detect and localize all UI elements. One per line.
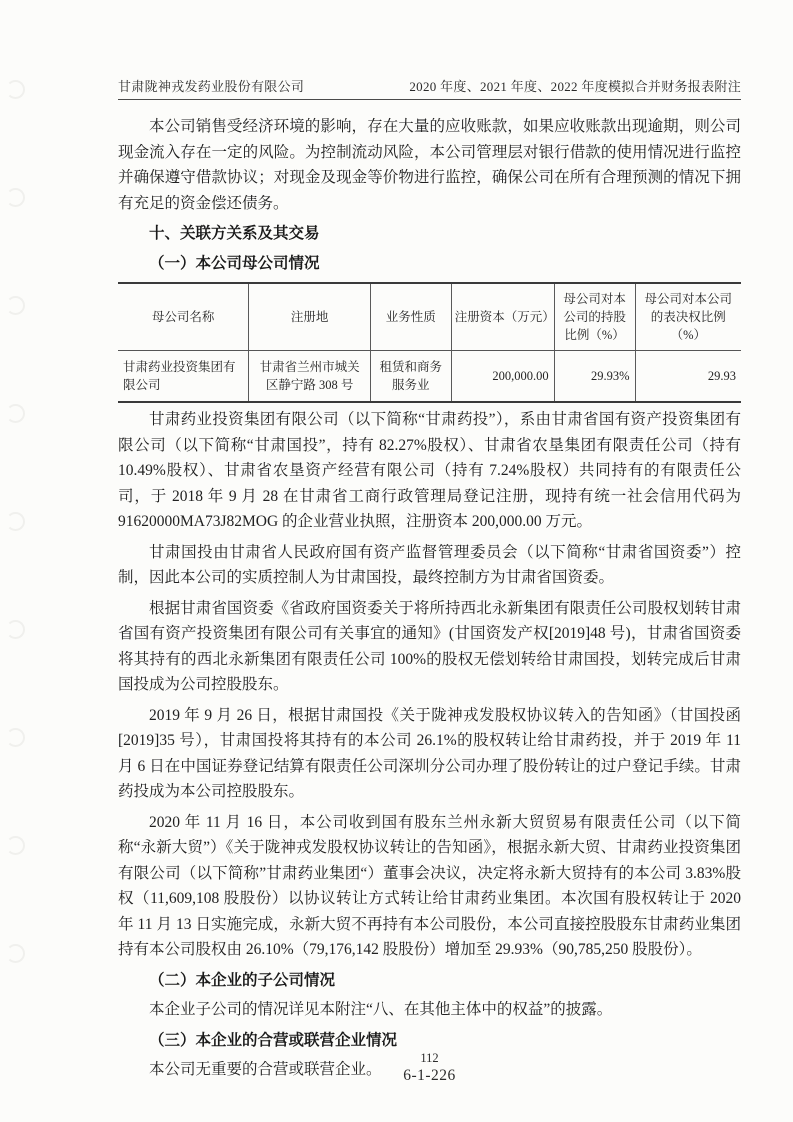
document-body: 本公司销售受经济环境的影响，存在大量的应收账款，如果应收账款出现逾期，则公司现金…	[118, 114, 741, 1088]
col-header-voting-ratio: 母公司对本公司的表决权比例（%）	[635, 283, 741, 351]
actual-controller-paragraph: 甘肃国投由甘肃省人民政府国有资产监督管理委员会（以下简称“甘肃省国资委”）控制，…	[118, 540, 741, 591]
equity-transfer-2019-09-paragraph: 2019 年 9 月 26 日，根据甘肃国投《关于陇神戎发股权协议转入的告知函》…	[118, 703, 741, 805]
subsection-heading-subsidiaries: （二）本企业的子公司情况	[118, 968, 741, 994]
col-header-parent-name: 母公司名称	[118, 283, 249, 351]
page-number: 112	[118, 1050, 741, 1066]
col-header-shareholding-ratio: 母公司对本公司的持股比例（%）	[554, 283, 635, 351]
cell-registered-place: 甘肃省兰州市城关区静宁路 308 号	[249, 351, 370, 403]
parent-company-table: 母公司名称 注册地 业务性质 注册资本（万元） 母公司对本公司的持股比例（%） …	[118, 282, 741, 403]
punch-hole-artifact	[6, 512, 25, 531]
punch-hole-artifact	[6, 404, 25, 423]
page-header: 甘肃陇神戎发药业股份有限公司 2020 年度、2021 年度、2022 年度模拟…	[118, 76, 741, 100]
punch-hole-artifact	[6, 620, 25, 639]
col-header-registered-place: 注册地	[249, 283, 370, 351]
punch-hole-artifact	[6, 836, 25, 855]
table-row: 甘肃药业投资集团有限公司 甘肃省兰州市城关区静宁路 308 号 租赁和商务服务业…	[118, 351, 741, 403]
punch-hole-artifact	[6, 80, 25, 99]
equity-transfer-2020-11-paragraph: 2020 年 11 月 16 日，本公司收到国有股东兰州永新大贸贸易有限责任公司…	[118, 810, 741, 963]
equity-transfer-2019-48-paragraph: 根据甘肃省国资委《省政府国资委关于将所持西北永新集团有限责任公司股权划转甘肃省国…	[118, 596, 741, 698]
col-header-business-nature: 业务性质	[370, 283, 451, 351]
punch-hole-artifact	[6, 188, 25, 207]
table-header-row: 母公司名称 注册地 业务性质 注册资本（万元） 母公司对本公司的持股比例（%） …	[118, 283, 741, 351]
section-heading-related-party: 十、关联方关系及其交易	[118, 221, 741, 247]
cell-shareholding-ratio: 29.93%	[554, 351, 635, 403]
cell-registered-capital: 200,000.00	[451, 351, 554, 403]
document-code: 6-1-226	[118, 1066, 741, 1086]
cell-voting-ratio: 29.93	[635, 351, 741, 403]
page-footer: 112 6-1-226	[118, 1050, 741, 1086]
liquidity-risk-paragraph: 本公司销售受经济环境的影响，存在大量的应收账款，如果应收账款出现逾期，则公司现金…	[118, 114, 741, 216]
punch-hole-artifact	[6, 296, 25, 315]
parent-company-intro-paragraph: 甘肃药业投资集团有限公司（以下简称“甘肃药投”），系由甘肃省国有资产投资集团有限…	[118, 407, 741, 535]
document-page: 甘肃陇神戎发药业股份有限公司 2020 年度、2021 年度、2022 年度模拟…	[0, 0, 793, 1122]
cell-parent-name: 甘肃药业投资集团有限公司	[118, 351, 249, 403]
col-header-registered-capital: 注册资本（万元）	[451, 283, 554, 351]
header-company-name: 甘肃陇神戎发药业股份有限公司	[118, 76, 304, 95]
header-report-title: 2020 年度、2021 年度、2022 年度模拟合并财务报表附注	[409, 76, 741, 95]
punch-hole-artifact	[6, 728, 25, 747]
subsection-heading-parent-company: （一）本公司母公司情况	[118, 251, 741, 277]
punch-hole-artifact	[6, 944, 25, 963]
cell-business-nature: 租赁和商务服务业	[370, 351, 451, 403]
subsidiaries-note-paragraph: 本企业子公司的情况详见本附注“八、在其他主体中的权益”的披露。	[118, 997, 741, 1023]
